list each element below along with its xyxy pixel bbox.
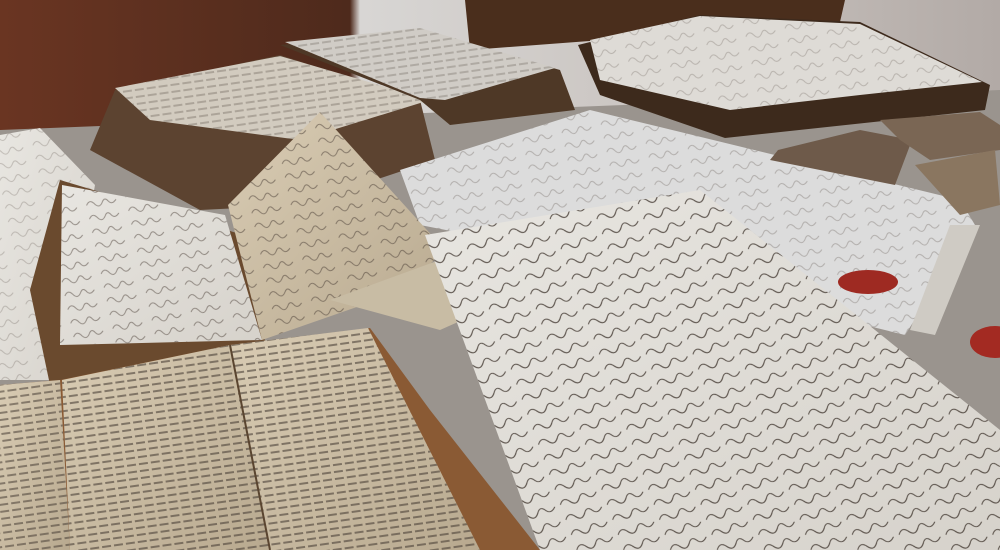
manuscripts-photo [0,0,1000,550]
photo-scene: Close-up photograph of antique books, ha… [0,0,1000,550]
red-wax-seal [838,270,898,294]
